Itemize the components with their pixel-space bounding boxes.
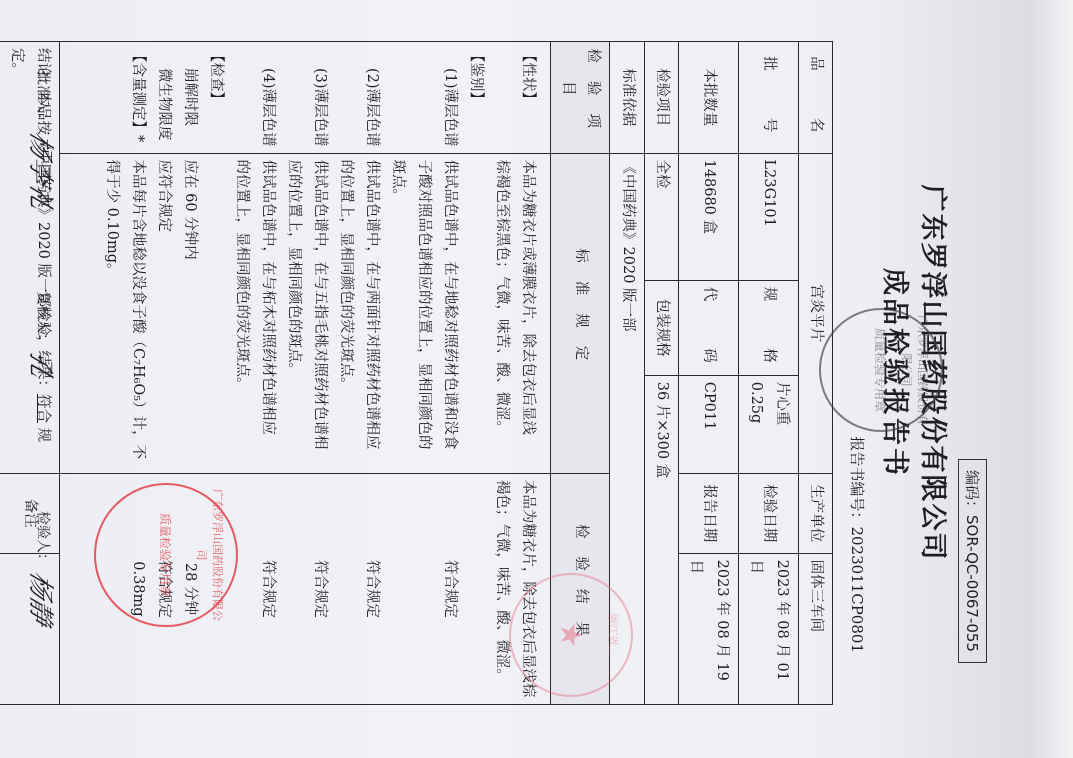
results-header-row: 检验项目 标准规定 检验结果 [550, 42, 610, 705]
quantity-label: 本批数量 [678, 42, 738, 154]
results-column: 本品为糖衣片，除去包衣后显浅棕褐色；气微，味苦、酸、微涩。符合规定符合规定符合规… [59, 473, 550, 704]
standard-text-line: 子酸对照品色谱相应的位置上，显相同颜色的 [409, 160, 435, 467]
results-item-label: (3)薄层色谱 [305, 48, 331, 147]
results-item-label: 【鉴别】 [461, 48, 487, 147]
inspect-date-value: 2023 年 08 月 01 日 [738, 553, 798, 704]
results-item-label [279, 48, 305, 147]
code-value: CP011 [678, 375, 738, 473]
standard-text-line: 供试品色谱中，在与五指毛桃对照药材色谱相 [305, 160, 331, 467]
results-item-label: 微生物限度 [149, 48, 175, 147]
result-text-line: 符合规定 [253, 480, 279, 698]
standard-text-line: 应符合规定 [149, 160, 175, 467]
document-title: 成品检验报告书 [878, 13, 917, 733]
standard-text-line: 应在 60 分钟内 [175, 160, 201, 467]
batch-label: 批 号 [738, 42, 798, 154]
result-text-line [201, 480, 227, 698]
reviewer-label: 复核人： [34, 291, 50, 347]
result-text-line: 符合规定 [149, 480, 175, 698]
info-row-product: 品 名 宫炎平片 生产单位 固体三车间 [798, 42, 832, 705]
reviewer-handwriting: 孔 [24, 347, 61, 385]
standard-text-line: 得于少 0.10mg。 [97, 160, 123, 467]
producer-label: 生产单位 [798, 473, 832, 553]
results-item-label [331, 48, 357, 147]
inspector-label: 检验人： [34, 511, 50, 567]
product-name-value: 宫炎平片 [798, 153, 832, 473]
quantity-value: 148680 盒 [678, 153, 738, 280]
document-code-label: 编码： [963, 470, 981, 515]
standard-text-line [461, 160, 487, 467]
results-item-label [487, 48, 513, 147]
results-body: 【性状】【鉴别】(1)薄层色谱(2)薄层色谱(3)薄层色谱(4)薄层色谱【检查】… [59, 42, 550, 705]
col-header-item: 检验项目 [550, 42, 610, 154]
info-row-items: 检验项目 全检 包装规格 36 片×300 盒 [644, 42, 678, 705]
spec-value: 片心重 0.25g [738, 375, 798, 473]
result-text-line [227, 480, 253, 698]
standard-text-line: 的位置上，显相同颜色的荧光斑点。 [331, 160, 357, 467]
report-date-value: 2023 年 08 月 19 日 [678, 553, 738, 704]
results-item-label: 崩解时限 [175, 48, 201, 147]
results-item-label: 【性状】 [513, 48, 539, 147]
report-number-label: 报告书编号： [848, 436, 866, 526]
standard-text-line: 本品为糖衣片或薄膜衣片，除去包衣后显浅 [513, 160, 539, 467]
report-number-value: 2023011CP0801 [848, 526, 866, 653]
standard-text-line: 的位置上，显相同颜色的荧光斑点。 [227, 160, 253, 467]
document-code-box: 编码：SOR-QC-0067-055 [958, 459, 987, 663]
col-header-standard: 标准规定 [550, 153, 610, 473]
results-item-label [97, 48, 123, 147]
company-name: 广东罗浮山国药股份有限公司 [916, 13, 955, 733]
inspector-handwriting: 杨静 [24, 567, 61, 631]
standard-text-line: 本品每片含地稔以没食子酸（C₇H₆O₅）计，不 [123, 160, 149, 467]
report-date-label: 报告日期 [678, 473, 738, 553]
results-item-label [227, 48, 253, 147]
standard-text-line: 应的位置上，显相同颜色的斑点。 [279, 160, 305, 467]
result-text-line [331, 480, 357, 698]
result-text-line: 0.38mg [123, 480, 149, 698]
result-text-line [383, 480, 409, 698]
result-text-line: 符合规定 [357, 480, 383, 698]
producer-value: 固体三车间 [798, 553, 832, 704]
approver-handwriting: 杨李礼 [24, 127, 61, 217]
standard-text-line: 斑点。 [383, 160, 409, 467]
inspector-signature: 检验人：杨静 [24, 511, 61, 625]
standard-text-line [201, 160, 227, 467]
approver-signature: 批准人：杨李礼 [24, 71, 61, 211]
result-text-line [97, 480, 123, 698]
results-item-label: 【含量测定】* [123, 48, 149, 147]
result-text-line [279, 480, 305, 698]
inspection-items-label: 检验项目 [644, 42, 678, 154]
inspection-items-value: 全检 [644, 153, 678, 280]
code-label: 代 码 [678, 280, 738, 375]
col-header-result: 检验结果 [550, 473, 610, 704]
pack-value: 36 片×300 盒 [644, 375, 678, 704]
pack-label: 包装规格 [644, 280, 678, 375]
result-text-line [409, 480, 435, 698]
result-text-line: 28 分钟 [175, 480, 201, 698]
info-row-quantity: 本批数量 148680 盒 代 码 CP011 报告日期 2023 年 08 月… [678, 42, 738, 705]
inspection-report-page: 编码：SOR-QC-0067-055 广东罗浮山国药股份有限公司 成品检验报告书… [3, 13, 1003, 733]
document-code-value: SOR-QC-0067-055 [963, 515, 981, 652]
items-column: 【性状】【鉴别】(1)薄层色谱(2)薄层色谱(3)薄层色谱(4)薄层色谱【检查】… [59, 42, 550, 154]
standard-basis-value: 《中国药典》2020 版一部 [609, 153, 643, 704]
report-number: 报告书编号：2023011CP0801 [847, 436, 868, 653]
standard-text-line: 供试品色谱中，在与两面针对照药材色谱相应 [357, 160, 383, 467]
results-item-label [409, 48, 435, 147]
reviewer-signature: 复核人：孔 [24, 291, 61, 379]
approver-label: 批准人： [34, 71, 50, 127]
standard-text-line: 棕褐色至棕黑色；气微，味苦、酸、微涩。 [487, 160, 513, 467]
standard-text-line: 供试品色谱中，在与地稔对照药材色谱和没食 [435, 160, 461, 467]
results-item-label: (1)薄层色谱 [435, 48, 461, 147]
results-item-label: (4)薄层色谱 [253, 48, 279, 147]
result-text-line: 符合规定 [435, 480, 461, 698]
report-header: 编码：SOR-QC-0067-055 广东罗浮山国药股份有限公司 成品检验报告书… [833, 13, 1003, 733]
results-item-label [383, 48, 409, 147]
result-text-line: 褐色；气微，味苦、酸、微涩。 [487, 480, 513, 698]
result-text-line: 本品为糖衣片，除去包衣后显浅棕 [513, 480, 539, 698]
standard-text-line: 供试品色谱中，在与柘木对照药材色谱相应 [253, 160, 279, 467]
info-row-basis: 标准依据 《中国药典》2020 版一部 [609, 42, 643, 705]
product-name-label: 品 名 [798, 42, 832, 154]
standards-column: 本品为糖衣片或薄膜衣片，除去包衣后显浅棕褐色至棕黑色；气微，味苦、酸、微涩。供试… [59, 153, 550, 473]
info-row-batch: 批 号 L23G101 规 格 片心重 0.25g 检验日期 2023 年 08… [738, 42, 798, 705]
result-text-line: 符合规定 [305, 480, 331, 698]
results-item-label: 【检查】 [201, 48, 227, 147]
standard-basis-label: 标准依据 [609, 42, 643, 154]
signature-line: 批准人：杨李礼 复核人：孔 检验人：杨静 [21, 41, 71, 705]
batch-value: L23G101 [738, 153, 798, 280]
spec-label: 规 格 [738, 280, 798, 375]
inspection-table: 品 名 宫炎平片 生产单位 固体三车间 批 号 L23G101 规 格 片心重 … [0, 41, 833, 705]
inspect-date-label: 检验日期 [738, 473, 798, 553]
result-text-line [461, 480, 487, 698]
results-item-label: (2)薄层色谱 [357, 48, 383, 147]
